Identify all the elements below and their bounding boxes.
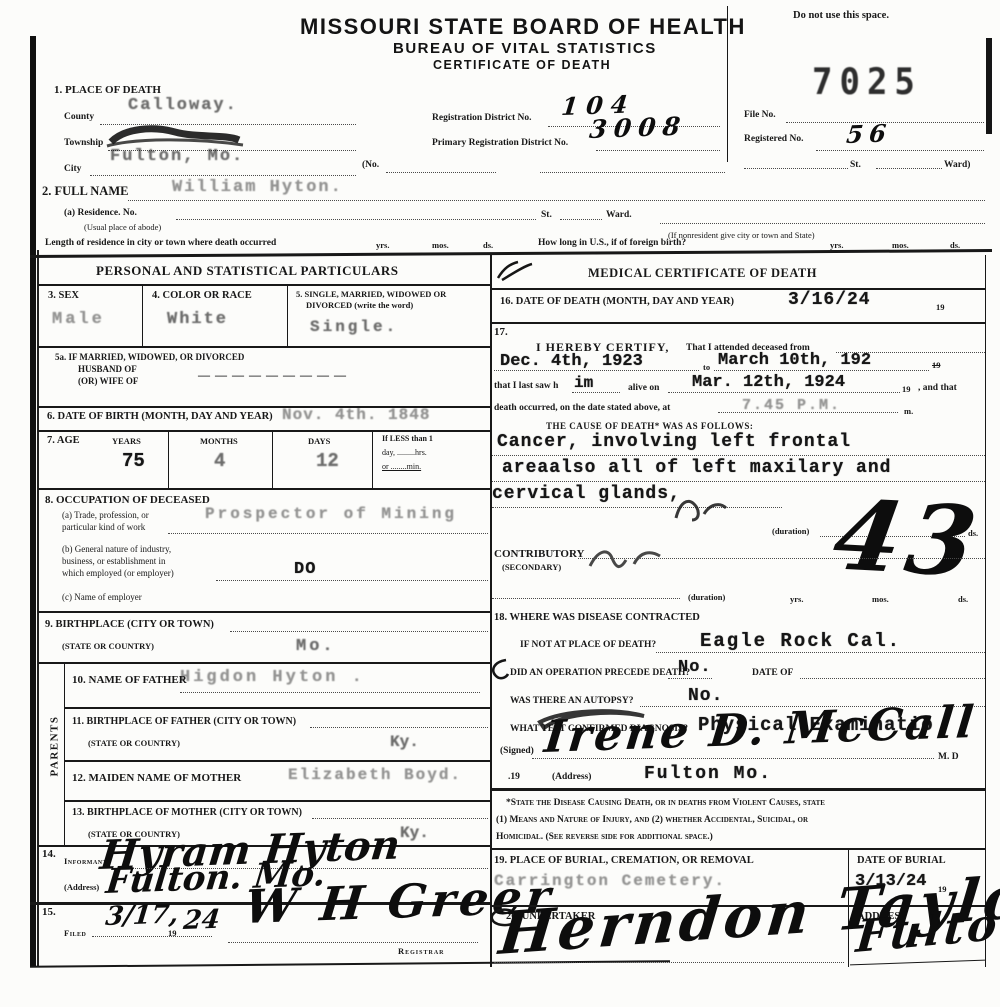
age-div-1 [168,430,169,488]
footnote-line-2: (1) Means and Nature of Injury, and (2) … [496,815,808,825]
cause-dotline-3 [492,507,782,508]
occupation-label: 8. OCCUPATION OF DECEASED [45,494,210,506]
residence-st-label: St. [541,210,552,220]
row12-bottom [64,800,490,802]
footnote-line-3: Homicidal. (See reverse side for additio… [496,832,713,842]
father-bp-state-label: (STATE OR COUNTRY) [88,738,180,748]
cause-duration-scribble [670,494,730,524]
occ-b-value: DO [294,560,316,579]
married-widowed-label: 5a. IF MARRIED, WIDOWED, OR DIVORCED [55,352,244,362]
occ-b-label-1: (b) General nature of industry, [62,544,171,554]
to-year-label: 19 [932,360,941,370]
age-less-3: or ........min. [382,462,421,471]
birthplace-line [230,631,488,632]
mother-bp-label: 13. BIRTHPLACE OF MOTHER (CITY OR TOWN) [72,807,302,818]
duration2-mos: mos. [872,594,889,604]
last-saw-line-2 [668,392,900,393]
him-typed-value: im [574,374,593,392]
duration2-yrs: yrs. [790,594,803,604]
age-years-label: YEARS [112,436,141,446]
cert-title: CERTIFICATE OF DEATH [433,58,611,72]
age-months-label: MONTHS [200,436,238,446]
age-label: 7. AGE [47,435,80,446]
row5-bottom [38,346,490,348]
parents-divider [64,662,65,845]
us-mos: mos. [892,240,909,250]
cause-line-1: Cancer, involving left frontal [497,432,851,452]
age-months-value: 4 [214,450,225,472]
marital-value: Single. [310,318,398,336]
filed-num: 15. [42,906,56,918]
ward-label: Ward) [944,160,970,170]
father-name-label: 10. NAME OF FATHER [72,674,187,686]
dod-value: 3/16/24 [788,290,871,310]
row9-bottom [38,662,490,664]
age-less-1: If LESS than 1 [382,434,433,443]
birthplace-value: Mo. [296,637,336,656]
informant-addr-label: (Address) [64,882,99,892]
age-years-value: 75 [122,450,145,472]
ward-line [876,168,942,169]
burial-label: 19. PLACE OF BURIAL, CREMATION, OR REMOV… [494,855,754,866]
medical-check-scribble [494,258,534,284]
certify-line-1 [494,370,699,371]
residence-ward-line [660,223,985,224]
age-less-2: day, .........hrs. [382,448,427,457]
age-days-label: DAYS [308,436,330,446]
seen-year-label: 19 [902,384,911,394]
age-days-value: 12 [316,450,339,472]
occ-c-label: (c) Name of employer [62,592,142,602]
personal-title-rule [38,284,490,286]
and-that-label: , and that [918,383,957,393]
registration-district-label: Registration District No. [432,113,531,123]
township-label: Township [64,138,103,148]
autopsy-value: No. [688,686,723,706]
full-name-value: William Hyton. [172,178,343,197]
occ-b-line [216,580,488,581]
row7-bottom [38,488,490,490]
father-bp-value: Ky. [390,733,419,751]
medical-title: MEDICAL CERTIFICATE OF DEATH [588,266,817,281]
cause-label: THE CAUSE OF DEATH* WAS AS FOLLOWS: [546,421,753,431]
father-name-value: Higdon Hyton . [180,668,365,687]
house-no-line-2 [540,172,725,173]
certify-line-2 [714,370,929,371]
abode-label: (Usual place of abode) [84,222,161,232]
occ-b-label-3: which employed (or employer) [62,568,174,578]
org-title: MISSOURI STATE BOARD OF HEALTH [300,14,746,40]
signed-line [532,758,934,759]
age-div-2 [272,430,273,488]
spouse-dashes: — — — — — — — — — [198,368,347,383]
row10-bottom [64,707,490,709]
us-yrs: yrs. [830,240,843,250]
race-label: 4. COLOR OR RACE [152,290,252,301]
death-certificate-scan: MISSOURI STATE BOARD OF HEALTH BUREAU OF… [0,0,1000,1007]
residence-label: (a) Residence. No. [64,208,137,218]
informant-num: 14. [42,848,56,860]
last-seen-value: Mar. 12th, 1924 [692,373,845,392]
if-not-label: IF NOT AT PLACE OF DEATH? [520,640,656,650]
contributory-scribble [586,540,666,574]
mother-bp-line [312,818,488,819]
mother-name-label: 12. MAIDEN NAME OF MOTHER [72,772,241,784]
file-no-label: File No. [744,110,776,120]
column-divider [490,255,492,967]
occ-a-label-2: particular kind of work [62,522,145,532]
length-yrs: yrs. [376,240,389,250]
signed-bottom [490,788,985,791]
cause-line-3: cervical glands, [492,484,681,504]
mother-name-value: Elizabeth Boyd. [288,766,462,784]
cause-dotline-1 [492,455,985,456]
city-label: City [64,164,81,174]
place-of-death-label: 1. PLACE OF DEATH [54,84,161,96]
operation-check-scribble [486,656,512,682]
scan-edge-left-2 [37,250,39,966]
occ-a-label-1: (a) Trade, profession, or [62,510,149,520]
registrar-line [228,942,478,943]
registered-no-value: 56 [845,118,893,149]
house-no-label: (No. [362,160,379,170]
last-saw-line-1 [572,392,620,393]
attended-to-value: March 10th, 192 [718,351,871,370]
filed-label: Filed [64,928,86,938]
alive-on-label: alive on [628,383,659,393]
mother-bp-value: Ky. [400,824,429,842]
county-label: County [64,112,94,122]
attended-from-value: Dec. 4th, 1923 [500,352,643,371]
undertaker-line [494,962,844,963]
dob-label: 6. DATE OF BIRTH (MONTH, DAY AND YEAR) [47,411,273,422]
marital-label-1: 5. SINGLE, MARRIED, WIDOWED OR [296,289,446,299]
physician-address: Fulton Mo. [644,764,772,784]
marital-label-2: DIVORCED (write the word) [306,300,413,310]
residence-st-line [560,219,602,220]
row11-bottom [64,760,490,762]
date-of-line [800,678,985,679]
residence-line [176,219,536,220]
registrar-label: Registrar [398,946,444,956]
section-divider-line [30,249,992,258]
duration2-ds: ds. [958,594,968,604]
do-not-use-label: Do not use this space. [793,10,889,21]
st-label: St. [850,160,861,170]
county-value: Calloway. [128,96,238,115]
contracted-label: 18. WHERE WAS DISEASE CONTRACTED [494,612,700,623]
operation-value: No. [678,658,712,677]
city-line [90,175,356,176]
secondary-label: (SECONDARY) [502,562,561,572]
nonresident-label: (If nonresident give city or town and St… [668,230,815,240]
father-bp-line [310,727,488,728]
date-of-label: DATE OF [752,668,793,678]
race-value: White [167,310,228,329]
operation-label: DID AN OPERATION PRECEDE DEATH? [510,668,690,678]
duration-label: (duration) [772,526,809,536]
full-name-line [128,200,985,201]
full-name-label: 2. FULL NAME [42,184,128,199]
md-label: M. D [938,752,959,762]
row6-bottom [38,430,490,432]
primary-district-label: Primary Registration District No. [432,138,568,148]
length-mos: mos. [432,240,449,250]
footnote-bottom [490,848,985,850]
duration-value-handwritten: 43 [826,479,989,599]
scan-blob-topright [986,38,992,134]
occ-a-value: Prospector of Mining [205,505,457,523]
dob-value: Nov. 4th. 1848 [282,406,430,424]
husband-of-label: HUSBAND OF [78,364,137,374]
scan-edge-left [30,36,36,966]
stamp-box-divider [727,6,728,162]
age-div-3 [372,430,373,488]
occ-a-line [168,533,488,534]
residence-ward-label: Ward. [606,210,632,220]
us-length-label: How long in U.S., if of foreign birth? [538,238,686,248]
certify-num: 17. [494,326,508,338]
last-saw-label: that I last saw h [494,381,558,391]
birthplace-label: 9. BIRTHPLACE (CITY OR TOWN) [45,619,214,630]
father-bp-label: 11. BIRTHPLACE OF FATHER (CITY OR TOWN) [72,716,296,727]
sex-label: 3. SEX [48,290,79,301]
primary-district-line [596,150,720,151]
wife-of-label: (OR) WIFE OF [78,376,138,386]
dod-year-label: 19 [936,302,945,312]
physician-addr-label: (Address) [552,772,591,782]
sex-value: Male [52,310,105,329]
city-value: Fulton, Mo. [110,147,244,166]
certificate-number-stamp: 7025 [812,60,922,103]
row16-bottom [490,322,985,324]
signed-label: (Signed) [500,746,534,756]
contributory-line-2 [492,598,680,599]
death-occurred-label: death occurred, on the date stated above… [494,403,670,413]
burial-date-label: DATE OF BURIAL [857,855,946,866]
contributory-line [578,558,985,559]
father-name-line [180,692,480,693]
contributory-label: CONTRIBUTORY [494,548,584,560]
footnote-line-1: *State the Disease Causing Death, or in … [506,798,825,808]
registered-no-line [816,150,984,151]
bureau-title: BUREAU OF VITAL STATISTICS [393,40,657,57]
occ-b-label-2: business, or establishment in [62,556,166,566]
filed-line [92,936,212,937]
house-no-line [386,172,496,173]
registered-no-label: Registered No. [744,134,803,144]
medical-title-rule [490,288,985,290]
duration2-label: (duration) [688,592,725,602]
death-time-line [718,412,898,413]
right-border [985,255,986,967]
length-ds: ds. [483,240,493,250]
parents-label: PARENTS [49,715,61,776]
year-dot-label: .19 [508,772,520,782]
race-marital-divider [287,284,288,346]
autopsy-label: WAS THERE AN AUTOPSY? [510,696,633,706]
operation-line [668,678,712,679]
m-label: m. [904,406,913,416]
st-line [744,168,848,169]
row8-bottom [38,611,490,613]
length-residence-label: Length of residence in city or town wher… [45,238,276,248]
dod-label: 16. DATE OF DEATH (MONTH, DAY AND YEAR) [500,296,734,307]
contracted-line [656,652,985,653]
cause-line-2: areaalso all of left maxilary and [502,458,891,478]
sex-race-divider [142,284,143,346]
filed-year-suffix: 24 [182,905,221,936]
primary-district-value: 3008 [588,111,689,144]
to-label: to [703,362,710,372]
contracted-value: Eagle Rock Cal. [700,630,901,652]
personal-title: PERSONAL AND STATISTICAL PARTICULARS [96,263,399,279]
birthplace-state-label: (STATE OR COUNTRY) [62,641,154,651]
